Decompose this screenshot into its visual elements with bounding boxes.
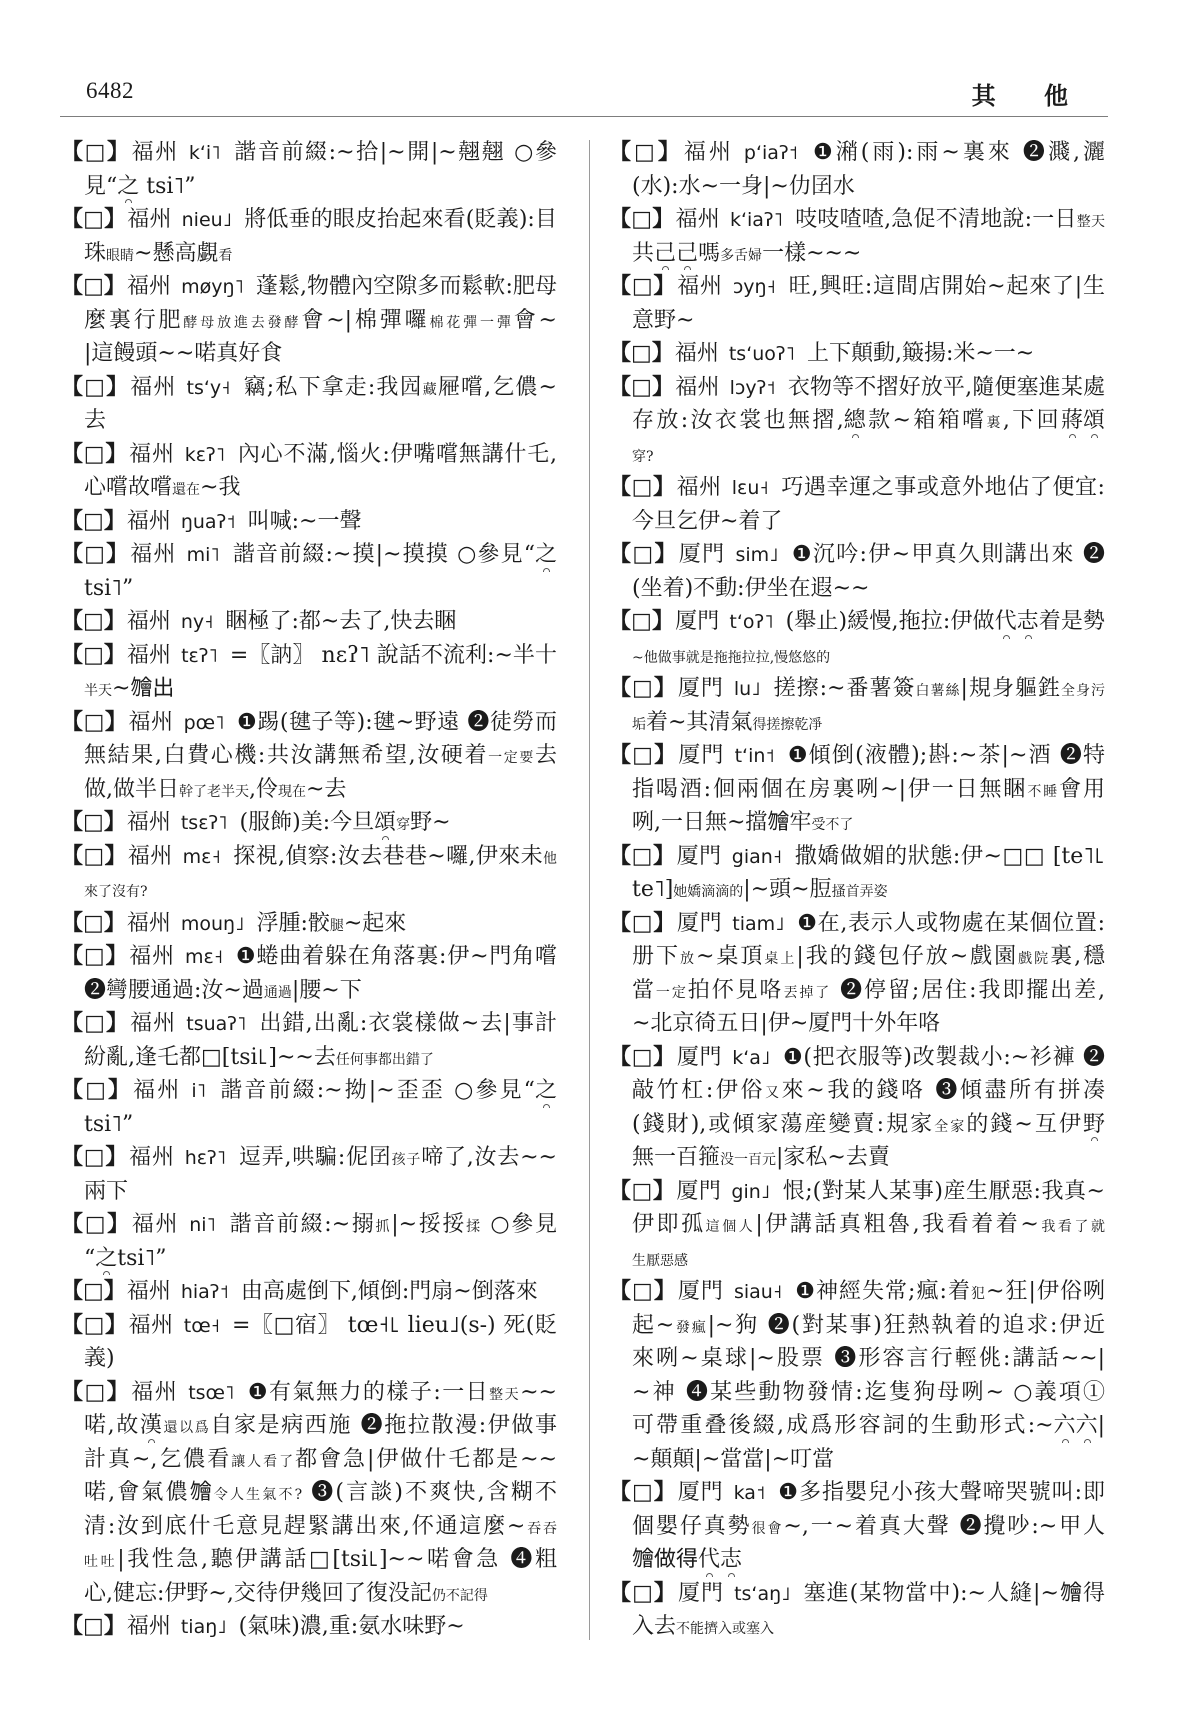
entry-bracket-open: 【	[609, 139, 634, 165]
entry-bracket-open: 【	[61, 273, 83, 299]
entry-line: 珠眼睛~懸高覷看	[61, 237, 557, 271]
entry-line: 咧,一日無~擋𣍐牢受不了	[609, 806, 1105, 840]
gloss-text: 抓	[376, 1219, 392, 1235]
marked-character: 野	[1083, 1108, 1105, 1142]
definition-text: tsi˥”	[117, 1246, 166, 1271]
headword-placeholder: □	[84, 438, 105, 472]
definition-text: |	[1098, 1413, 1105, 1438]
definition-text: 逗弄,哄騙:伲囝	[238, 1145, 391, 1170]
definition-text: ❷停留;居住:我即擺出差,	[831, 978, 1105, 1003]
definition-text: (舉止)緩慢,拖拉:伊做	[786, 609, 995, 634]
dictionary-entry: 【□】福州ŋuaʔ˦叫喊:~一聲	[61, 505, 557, 539]
gloss-text: 戲院	[1018, 951, 1050, 967]
entry-line: 伊即孤這個人|伊講話真粗魯,我看着着~我看了就	[609, 1208, 1105, 1242]
entry-bracket-close: 】	[652, 1044, 675, 1070]
definition-text: (錢財),或傾家蕩産變賣:規家	[632, 1112, 934, 1137]
definition-text: ,下回	[1003, 408, 1061, 433]
entry-line: 來了沒有?	[61, 873, 557, 907]
dictionary-entry: 【□】厦門tʻin˦❶傾倒(液體);斟:~茶|~酒 ❷特指喝酒:佪兩個在房裏咧~…	[609, 739, 1105, 840]
dictionary-entry: 【□】厦門tʻoʔ˥(舉止)緩慢,拖拉:伊做代志着是勢~他做事就是拖拖拉拉,慢悠…	[609, 605, 1105, 672]
dialect-label: 厦門	[675, 609, 719, 634]
definition-text: ~我	[200, 475, 240, 500]
dictionary-entry: 【□】厦門ka˦❶多指嬰兒小孩大聲啼哭號叫:即個嬰仔真勢很會~,一~着真大聲 ❷…	[609, 1476, 1105, 1577]
entry-bracket-close: 】	[105, 541, 129, 567]
gloss-text: 她嬌滴滴的	[673, 884, 743, 900]
definition-text: 來咧~桌球|~股票 ❸形容言行輕佻:講話~~|	[632, 1346, 1105, 1371]
entry-line: 【□】福州pʻiaʔ˦❶潲(雨):雨~裏來 ❷濺,灑	[609, 136, 1105, 170]
gloss-text: 桌上	[764, 951, 796, 967]
entry-line: 册下放~桌頂桌上|我的錢包仔放~戲園戲院裏,穩	[609, 940, 1105, 974]
gloss-text: 藏	[423, 382, 438, 398]
headword-placeholder: □	[631, 605, 652, 639]
dictionary-entry: 【□】福州mouŋ˩浮腫:骹腿~起來	[61, 907, 557, 941]
dictionary-entry: 【□】厦門tsʻaŋ˩塞進(某物當中):~人縫|~𣍐得入去不能擠入或塞入	[609, 1577, 1105, 1644]
definition-text: 紛亂,逢乇都□[tsi꜖]~~去	[84, 1045, 336, 1070]
pronunciation: lɔyʔ˦	[730, 377, 776, 399]
gloss-text: 孩子	[392, 1152, 422, 1168]
entry-line: 【□】厦門tʻoʔ˥(舉止)緩慢,拖拉:伊做代志着是勢	[609, 605, 1105, 639]
dialect-label: 福州	[130, 375, 176, 400]
entry-bracket-open: 【	[609, 910, 632, 936]
dictionary-entry: 【□】福州tsuaʔ˥出錯,出亂:衣裳樣做~去|事計紛紛亂,逢乇都□[tsi꜖]…	[61, 1007, 557, 1074]
definition-text: 啼了,汝去~~	[421, 1145, 557, 1170]
gloss-text: 整天	[489, 1387, 520, 1403]
entry-line: (錢財),或傾家蕩産變賣:規家全家的錢~互伊野	[609, 1108, 1105, 1142]
pronunciation: ny˧	[181, 611, 214, 633]
pronunciation: tsɛʔ˥	[181, 812, 228, 834]
entry-bracket-close: 】	[653, 742, 677, 768]
gloss-text: ~他做事就是拖拖拉拉,慢悠悠的	[632, 650, 830, 666]
dictionary-entry: 【□】福州pʻiaʔ˦❶潲(雨):雨~裏來 ❷濺,灑(水):水~一身|~仂囝水	[609, 136, 1105, 203]
headword-placeholder: □	[631, 371, 652, 405]
gloss-text: 幹了老半天	[179, 784, 249, 800]
pronunciation: nieu˩	[182, 209, 232, 231]
definition-text: ,伶	[249, 777, 278, 802]
definition-text: 今旦乞伊~着了	[632, 509, 782, 534]
dictionary-entry: 【□】福州kʻi˥諧音前綴:~拾|~開|~翹翹 ○參見“之 tsi˥”	[61, 136, 557, 203]
definition-text: 會~	[514, 308, 557, 333]
entry-line: 【□】福州tsʻy˧竊;私下拿走:我囥藏屜嚐,乞儂~	[61, 371, 557, 405]
pronunciation: ɔyŋ˧	[733, 276, 776, 298]
dialect-label: 福州	[127, 1279, 171, 1304]
definition-text: ❶有氣無力的樣子:一日	[246, 1380, 489, 1405]
entry-line: 義)	[61, 1342, 557, 1376]
entry-line: 【□】厦門lu˩搓擦:~番薯簽白薯絲|規身軀鉎全身污	[609, 672, 1105, 706]
dialect-label: 福州	[675, 341, 719, 366]
gloss-text: 他	[543, 851, 557, 867]
definition-text: 搓擦:~番薯簽	[773, 676, 916, 701]
entry-bracket-close: 】	[104, 1312, 127, 1338]
gloss-text: 還在	[172, 482, 200, 498]
pronunciation: lu˩	[734, 678, 761, 700]
entry-line: (水):水~一身|~仂囝水	[609, 170, 1105, 204]
dialect-label: 福州	[677, 274, 723, 299]
entry-bracket-close: 】	[105, 1211, 130, 1237]
entry-line: 【□】福州lɔyʔ˦衣物等不摺好放平,隨便塞進某處	[609, 371, 1105, 405]
definition-text: ~神 ❹某些動物發情:迄隻狗母咧~ ○義項①	[632, 1380, 1105, 1405]
dialect-label: 厦門	[677, 911, 722, 936]
entry-line: 垢着~其清氣得搓擦乾凈	[609, 706, 1105, 740]
entry-bracket-open: 【	[609, 675, 632, 701]
gloss-text: 一定	[656, 985, 688, 1001]
entry-line: 【□】福州mɛ˧❶蜷曲着躲在角落裏:伊~門角嚐	[61, 940, 557, 974]
headword-placeholder: □	[84, 538, 105, 572]
definition-text: 諧音前綴:~搦	[228, 1212, 376, 1237]
entry-line: tsi˥”	[61, 1108, 557, 1142]
entry-line: 【□】福州hiaʔ˦由高處倒下,傾倒:門扇~倒落來	[61, 1275, 557, 1309]
definition-text: ~起來	[344, 911, 406, 936]
entry-bracket-open: 【	[61, 943, 84, 969]
headword-placeholder: □	[83, 907, 104, 941]
dictionary-entry: 【□】厦門gian˧撒嬌做媚的狀態:伊~□□ [te˥꜖te˥]她嬌滴滴的|~頭…	[609, 840, 1105, 907]
definition-text: 上下顛動,簸揚:米~一~	[807, 341, 1034, 366]
definition-text: 起~	[632, 1313, 674, 1338]
gloss-text: 腿	[330, 918, 344, 934]
definition-text: (氣味)濃,重:氨水味野~	[239, 1614, 465, 1639]
entry-line: 意野~	[609, 304, 1105, 338]
pronunciation: tsʻaŋ˩	[734, 1583, 790, 1605]
definition-text: 吱吱喳喳,急促不清地說:一日	[795, 207, 1077, 232]
definition-text: 入去	[632, 1614, 676, 1639]
entry-bracket-close: 】	[104, 642, 126, 668]
pronunciation: kʻa˩	[732, 1047, 770, 1069]
gloss-text: 仍不記得	[432, 1588, 488, 1604]
entry-bracket-close: 】	[106, 1077, 132, 1103]
definition-text: 心,健忘:伊野~,交待伊幾回了復没記	[84, 1581, 432, 1606]
definition-text: 自家是病西施 ❷拖拉散漫:伊做事	[210, 1413, 557, 1438]
gloss-text: 吐吐	[84, 1554, 117, 1570]
definition-text: ❶蜷曲着躲在角落裏:伊~門角嚐	[235, 944, 557, 969]
entry-bracket-open: 【	[61, 843, 83, 869]
gloss-text: 没一百元	[720, 1152, 776, 1168]
dialect-label: 福州	[131, 1380, 178, 1405]
definition-text: ❸(言談)不爽快,含糊不	[302, 1480, 557, 1505]
dictionary-entry: 【□】厦門siau˧❶神經失常;瘋:着犯~狂|伊俗咧起~發瘋|~狗 ❷(對某事)…	[609, 1275, 1105, 1476]
dictionary-entry: 【□】福州nieu˩將低垂的眼皮抬起來看(貶義):目珠眼睛~懸高覷看	[61, 203, 557, 270]
pronunciation: tsʻy˧	[187, 377, 231, 399]
dictionary-entry: 【□】福州hiaʔ˦由高處倒下,傾倒:門扇~倒落來	[61, 1275, 557, 1309]
entry-line: 來咧~桌球|~股票 ❸形容言行輕佻:講話~~|	[609, 1342, 1105, 1376]
gloss-text: 吞吞	[525, 1521, 557, 1537]
entry-bracket-close: 】	[653, 1278, 677, 1304]
dictionary-column-right: 【□】福州pʻiaʔ˦❶潲(雨):雨~裏來 ❷濺,灑(水):水~一身|~仂囝水【…	[609, 136, 1105, 1644]
entry-bracket-open: 【	[61, 642, 83, 668]
entry-bracket-open: 【	[609, 273, 632, 299]
dictionary-entry: 【□】福州tsʻuoʔ˥上下顛動,簸揚:米~一~	[609, 337, 1105, 371]
definition-text: ❷彎腰通過:汝~過	[84, 978, 264, 1003]
pronunciation: kʻi˥	[189, 142, 221, 164]
entry-line: tsi˥”	[61, 572, 557, 606]
entry-bracket-open: 【	[609, 1278, 632, 1304]
dialect-label: 福州	[130, 542, 176, 567]
definition-text: 恨;(對某人某事)産生厭惡:我真~	[782, 1179, 1105, 1204]
entry-line: 【□】厦門kʻa˩❶(把衣服等)改製裁小:~衫褲 ❷	[609, 1041, 1105, 1075]
gloss-text: 白薯絲	[915, 683, 960, 699]
entry-bracket-close: 】	[104, 709, 127, 735]
definition-text: 喏,故	[84, 1413, 140, 1438]
entry-line: 【□】福州hɛʔ˥逗弄,哄騙:伲囝孩子啼了,汝去~~	[61, 1141, 557, 1175]
entry-bracket-close: 】	[104, 809, 126, 835]
headword-placeholder: □	[632, 1175, 653, 1209]
headword-placeholder: □	[84, 371, 105, 405]
entry-line: 喏,會氣儂𣍐令人生氣不? ❸(言談)不爽快,含糊不	[61, 1476, 557, 1510]
dialect-label: 福州	[127, 207, 171, 232]
definition-text: tsi˥”	[84, 576, 133, 601]
entry-line: 做,做半日幹了老半天,伶現在~去	[61, 773, 557, 807]
entry-line: |這饅頭~~喏真好食	[61, 337, 557, 371]
entry-bracket-open: 【	[61, 206, 83, 232]
entry-line: 【□】福州tiaŋ˩(氣味)濃,重:氨水味野~	[61, 1610, 557, 1644]
dictionary-entry: 【□】福州i˥諧音前綴:~拗|~歪歪 ○參見“之tsi˥”	[61, 1074, 557, 1141]
definition-text: |我性急,聽伊講話□[tsi꜖]~~喏會急 ❹粗	[117, 1547, 557, 1572]
marked-character: 之	[95, 1242, 117, 1276]
headword-placeholder: □	[84, 1376, 105, 1410]
entry-line: ❷彎腰通過:汝~過通過|腰~下	[61, 974, 557, 1008]
entry-line: 【□】福州tsʻuoʔ˥上下顛動,簸揚:米~一~	[609, 337, 1105, 371]
pronunciation: lɛu˧	[732, 477, 769, 499]
gloss-text: 通過	[264, 985, 292, 1001]
entry-line: ~北京徛五日|伊~厦門十外年咯	[609, 1007, 1105, 1041]
entry-bracket-close: 】	[104, 508, 126, 534]
pronunciation: kʻiaʔ˥	[730, 209, 783, 231]
entry-line: 【□】福州i˥諧音前綴:~拗|~歪歪 ○參見“之	[61, 1074, 557, 1108]
pronunciation: ŋuaʔ˦	[181, 511, 236, 533]
entry-bracket-open: 【	[61, 508, 83, 534]
definition-text: ❶多指嬰兒小孩大聲啼哭號叫:即	[777, 1480, 1105, 1505]
pronunciation: siau˧	[734, 1281, 782, 1303]
headword-placeholder: □	[632, 907, 653, 941]
marked-character: 蔣	[1061, 404, 1083, 438]
gloss-text: 全家	[934, 1119, 966, 1135]
entry-bracket-open: 【	[609, 608, 631, 634]
headword-placeholder: □	[85, 1208, 106, 1242]
dictionary-entry: 【□】厦門sim˩❶沉吟:伊~甲真久則講出來 ❷(坐着)不動:伊坐在遐~~	[609, 538, 1105, 605]
dictionary-entry: 【□】福州lɔyʔ˦衣物等不摺好放平,隨便塞進某處存放:汝衣裳也無摺,總款~箱箱…	[609, 371, 1105, 472]
definition-text: 共	[632, 241, 654, 266]
gloss-text: 任何事都出錯了	[336, 1052, 434, 1068]
entry-bracket-open: 【	[609, 340, 631, 366]
dialect-label: 福州	[675, 375, 719, 400]
dialect-label: 福州	[127, 609, 171, 634]
dictionary-entry: 【□】福州tiaŋ˩(氣味)濃,重:氨水味野~	[61, 1610, 557, 1644]
dictionary-entry: 【□】福州kʻiaʔ˥吱吱喳喳,急促不清地說:一日整天共己己嗎多舌婦一樣~~~	[609, 203, 1105, 270]
entry-line: 計真~,乞儂看讓人看了都會急|伊做什乇都是~~	[61, 1443, 557, 1477]
entry-bracket-close: 】	[104, 206, 126, 232]
entry-bracket-close: 】	[104, 1278, 126, 1304]
marked-character: 六	[1076, 1409, 1098, 1443]
pronunciation: tsuaʔ˥	[186, 1013, 246, 1035]
entry-bracket-open: 【	[61, 441, 84, 467]
gloss-text: 現在	[278, 784, 306, 800]
definition-text: 來~我的錢咯 ❸傾盡所有拼凑	[782, 1078, 1105, 1103]
definition-text: ❶潲(雨):雨~裏來 ❷濺,灑	[810, 140, 1105, 165]
entry-line: 【□】福州kʻiaʔ˥吱吱喳喳,急促不清地說:一日整天	[609, 203, 1105, 237]
gloss-text: 還以爲	[162, 1420, 210, 1436]
headword-placeholder: □	[83, 639, 104, 673]
pronunciation: ka˦	[734, 1482, 766, 1504]
entry-line: 可帶重叠後綴,成爲形容詞的生動形式:~六六|	[609, 1409, 1105, 1443]
definition-text: 會~|棉彈囉	[301, 308, 429, 333]
entry-line: 存放:汝衣裳也無摺,總款~箱箱嚐裏,下回蔣頌	[609, 404, 1105, 438]
pronunciation: tʻoʔ˥	[729, 611, 773, 633]
definition-text: ❶神經失常;瘋:着	[794, 1279, 971, 1304]
definition-text: 裏,穩	[1050, 944, 1105, 969]
dialect-label: 厦門	[679, 542, 726, 567]
entry-bracket-open: 【	[61, 1211, 85, 1237]
definition-text: 册下	[632, 944, 680, 969]
pronunciation: mɛ˧	[183, 846, 221, 868]
dictionary-entry: 【□】福州tsœ˥❶有氣無力的樣子:一日整天~~喏,故漢還以爲自家是病西施 ❷拖…	[61, 1376, 557, 1611]
marked-character: 頌	[1083, 404, 1105, 438]
headword-placeholder: □	[83, 1275, 104, 1309]
headword-placeholder: □	[632, 538, 653, 572]
dialect-label: 福州	[127, 911, 171, 936]
dictionary-entry: 【□】福州kɛʔ˥內心不滿,惱火:伊嘴嚐無講什乇,心嚐故嚐還在~我	[61, 438, 557, 505]
definition-text: 個嬰仔真勢	[632, 1514, 752, 1539]
definition-text: ~顛顛|~當當|~叮當	[632, 1447, 834, 1472]
definition-text: 蓬鬆,物體內空隙多而鬆軟:肥母	[256, 274, 557, 299]
entry-line: 今旦乞伊~着了	[609, 505, 1105, 539]
marked-character: 代	[698, 1543, 720, 1577]
headword-placeholder: □	[84, 1309, 105, 1343]
entry-line: 【□】厦門tiam˩❶在,表示人或物處在某個位置:	[609, 907, 1105, 941]
entry-bracket-close: 】	[104, 843, 127, 869]
entry-line: 【□】福州kɛʔ˥內心不滿,惱火:伊嘴嚐無講什乇,	[61, 438, 557, 472]
definition-text: 一樣~~~	[762, 241, 861, 266]
definition-text: 嗎	[698, 241, 720, 266]
definition-text: ~桌頂	[696, 944, 764, 969]
headword-placeholder: □	[83, 806, 104, 840]
entry-line: “之tsi˥”	[61, 1242, 557, 1276]
gloss-text: 這個人	[706, 1219, 756, 1235]
entry-line: 【□】福州mi˥諧音前綴:~摸|~摸摸 ○參見“之	[61, 538, 557, 572]
gloss-text: 看	[218, 248, 232, 264]
entry-line: 【□】福州tsœ˥❶有氣無力的樣子:一日整天~~	[61, 1376, 557, 1410]
definition-text: 喏,會氣儂𣍐	[84, 1480, 214, 1505]
gloss-text: 又	[765, 1085, 782, 1101]
dialect-label: 福州	[127, 274, 171, 299]
definition-text: 無結果,白費心機:共汝講無希望,汝硬着	[84, 743, 488, 768]
marked-character: 之	[535, 538, 557, 572]
headword-placeholder: □	[634, 136, 655, 170]
dialect-label: 厦門	[678, 676, 724, 701]
definition-text: 見“	[84, 174, 117, 199]
pronunciation: møyŋ˥	[181, 276, 244, 298]
entry-line: ~神 ❹某些動物發情:迄隻狗母咧~ ○義項①	[609, 1376, 1105, 1410]
entry-line: 【□】福州mouŋ˩浮腫:骹腿~起來	[61, 907, 557, 941]
entry-line: 【□】福州ny˧睏極了:都~去了,快去睏	[61, 605, 557, 639]
entry-line: 麼裏行肥酵母放進去發酵會~|棉彈囉棉花彈一彈會~	[61, 304, 557, 338]
gloss-text: 得搓擦乾凈	[752, 717, 822, 733]
definition-text: ❶踢(毽子等):毽~野遠 ❷徒勞而	[236, 710, 557, 735]
pronunciation: tɛʔ˥	[181, 645, 218, 667]
headword-placeholder: □	[83, 605, 104, 639]
definition-text: 會用	[1059, 777, 1105, 802]
entry-line: 【□】福州tɛʔ˥=〖訥〗 nɛʔ˥ 說話不流利:~半十日	[61, 639, 557, 673]
entry-line: 半天~𣍐出	[61, 672, 557, 706]
definition-text: 伊即孤	[632, 1212, 706, 1237]
dialect-label: 福州	[127, 810, 171, 835]
definition-text: 衣物等不摺好放平,隨便塞進某處	[788, 375, 1105, 400]
definition-text: ○參見	[482, 1212, 557, 1237]
entry-line: 【□】福州pœ˥❶踢(毽子等):毽~野遠 ❷徒勞而	[61, 706, 557, 740]
definition-text: ❶(把衣服等)改製裁小:~衫褲 ❷	[782, 1045, 1105, 1070]
dialect-label: 厦門	[676, 1179, 721, 1204]
headword-placeholder: □	[631, 337, 652, 371]
definition-text: |這饅頭~~喏真好食	[84, 341, 282, 366]
definition-text: 探視,偵察:汝去巷巷~囉,伊來未	[233, 844, 543, 869]
entry-line: 【□】厦門siau˧❶神經失常;瘋:着犯~狂|伊俗咧	[609, 1275, 1105, 1309]
definition-text: 撒嬌做媚的狀態:伊~□□ [te˥꜖	[794, 844, 1105, 869]
gloss-text: 半天	[84, 683, 112, 699]
entry-line: 【□】福州lɛu˧巧遇幸運之事或意外地佔了便宜:	[609, 471, 1105, 505]
entry-bracket-close: 】	[105, 1144, 129, 1170]
entry-line: 當一定拍伓見咯丟掉了 ❷停留;居住:我即擺出差,	[609, 974, 1105, 1008]
entry-line: 【□】福州tsuaʔ˥出錯,出亂:衣裳樣做~去|事計紛	[61, 1007, 557, 1041]
entry-line: ~顛顛|~當當|~叮當	[609, 1443, 1105, 1477]
gloss-text: 受不了	[811, 817, 853, 833]
gloss-text: 多舌婦	[720, 248, 762, 264]
entry-line: 【□】福州ni˥諧音前綴:~搦抓|~挼挼揉 ○參見	[61, 1208, 557, 1242]
entry-bracket-open: 【	[609, 1178, 632, 1204]
pronunciation: pœ˥	[184, 712, 225, 734]
definition-text: 睏極了:都~去了,快去睏	[226, 609, 457, 634]
headword-placeholder: □	[83, 1610, 104, 1644]
pronunciation: sim˩	[735, 544, 778, 566]
definition-text: ❶在,表示人或物處在某個位置:	[797, 911, 1105, 936]
marked-character: 之	[535, 1074, 557, 1108]
gloss-text: 讓人看了	[231, 1454, 295, 1470]
entry-bracket-open: 【	[61, 1077, 85, 1103]
dialect-label: 厦門	[677, 844, 722, 869]
dialect-label: 福州	[127, 643, 171, 668]
headword-placeholder: □	[632, 471, 653, 505]
entry-bracket-close: 】	[655, 139, 683, 165]
dictionary-entry: 【□】福州møyŋ˥蓬鬆,物體內空隙多而鬆軟:肥母麼裏行肥酵母放進去發酵會~|棉…	[61, 270, 557, 371]
definition-text: 塞進(某物當中):~人縫|~𣍐得	[803, 1581, 1105, 1606]
definition-text: |~頭~脰	[743, 877, 831, 902]
definition-text: 義)	[84, 1346, 115, 1371]
dialect-label: 福州	[127, 1614, 171, 1639]
headword-placeholder: □	[632, 672, 653, 706]
entry-bracket-open: 【	[61, 1144, 84, 1170]
gloss-text: 酵母放進去發酵	[183, 315, 301, 331]
pronunciation: hiaʔ˦	[181, 1281, 229, 1303]
headword-placeholder: □	[631, 203, 652, 237]
gloss-text: 裏	[986, 415, 1002, 431]
pronunciation: pʻiaʔ˦	[744, 142, 798, 164]
headword-placeholder: □	[83, 270, 104, 304]
dialect-label: 福州	[127, 509, 171, 534]
definition-text: 將低垂的眼皮抬起來看(貶義):目	[244, 207, 557, 232]
dialect-label: 厦門	[678, 1279, 724, 1304]
definition-text: 款~箱箱嚐	[866, 408, 987, 433]
definition-text: ~𣍐出	[112, 676, 174, 701]
entry-bracket-open: 【	[61, 608, 83, 634]
definition-text: 浮腫:骹	[256, 911, 329, 936]
entry-bracket-open: 【	[61, 1613, 83, 1639]
entry-bracket-close: 】	[104, 910, 126, 936]
headword-placeholder: □	[84, 940, 105, 974]
definition-text: |伊講話真粗魯,我看着着~	[755, 1212, 1038, 1237]
marked-character: 志	[1017, 605, 1039, 639]
pronunciation: tʻin˦	[735, 745, 775, 767]
definition-text: 無一百箍	[632, 1145, 720, 1170]
entry-line: 入去不能擠入或塞入	[609, 1610, 1105, 1644]
entry-line: 心,健忘:伊野~,交待伊幾回了復没記仍不記得	[61, 1577, 557, 1611]
headword-placeholder: □	[632, 1476, 653, 1510]
entry-bracket-close: 】	[105, 1379, 130, 1405]
